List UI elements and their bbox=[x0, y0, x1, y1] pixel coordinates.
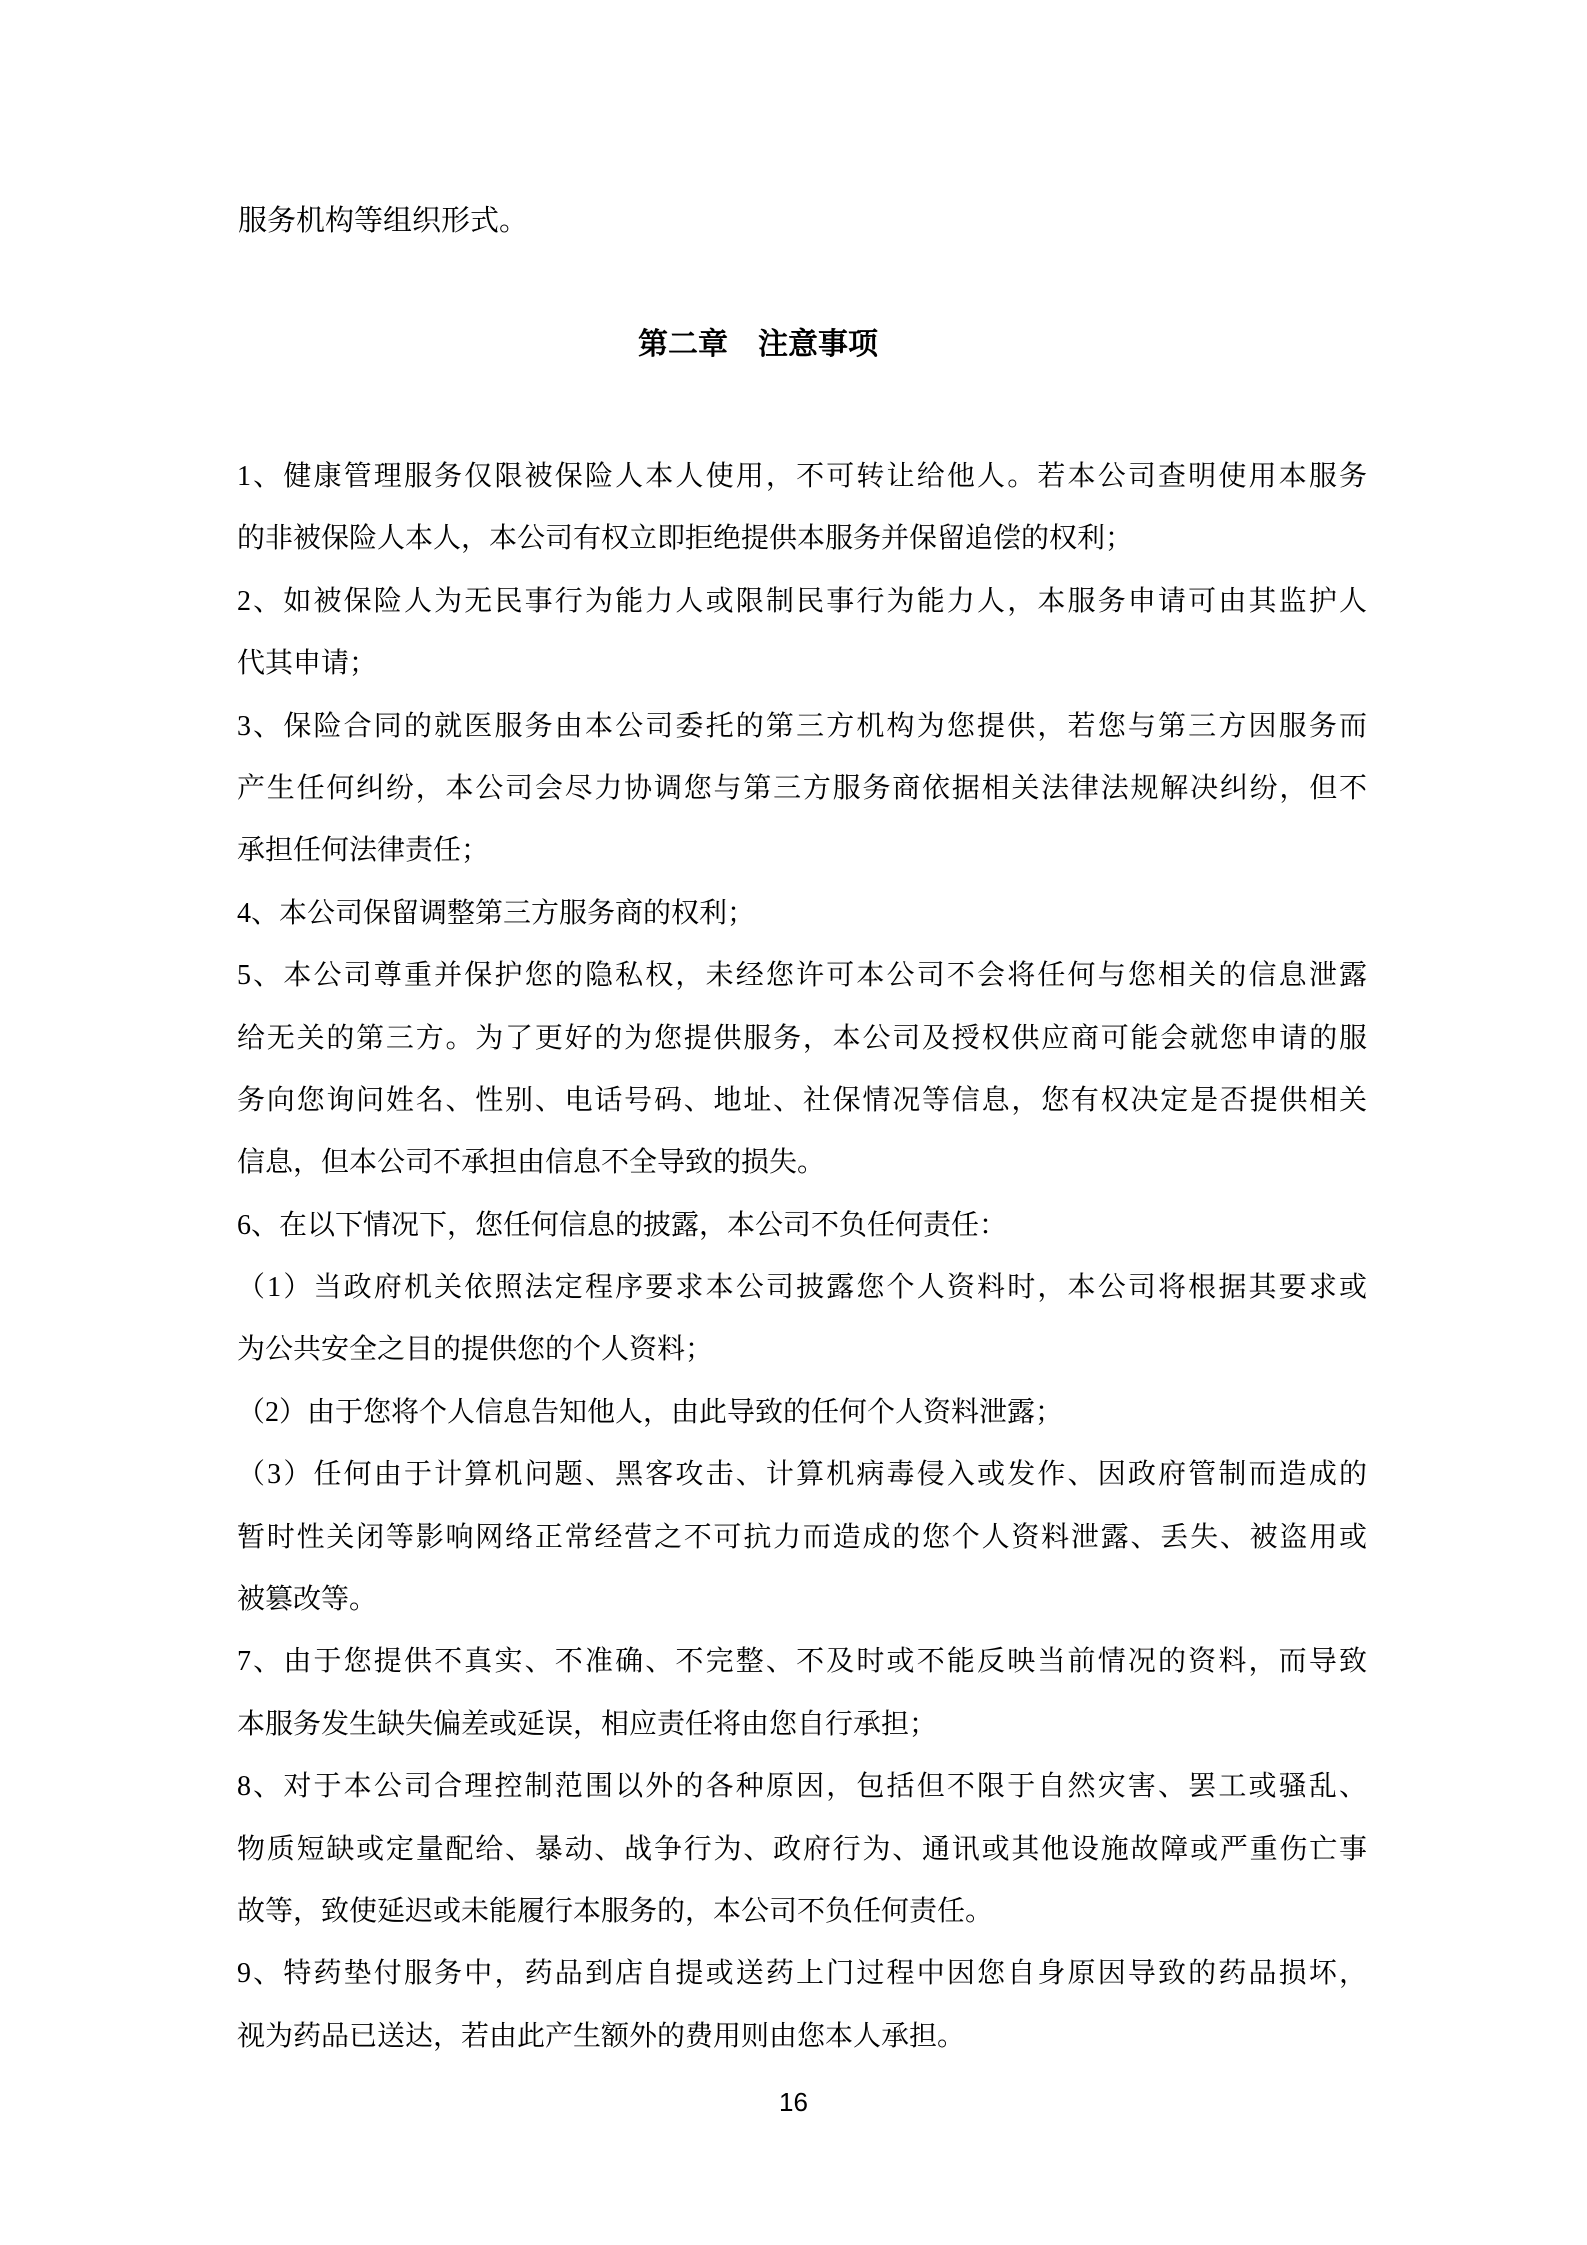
page-number: 16 bbox=[0, 2082, 1587, 2122]
body-line: 故等，致使延迟或未能履行本服务的，本公司不负任何责任。 bbox=[237, 1881, 1367, 1943]
body-line: 4、本公司保留调整第三方服务商的权利； bbox=[237, 883, 1367, 945]
body-line: 本服务发生缺失偏差或延误，相应责任将由您自行承担； bbox=[237, 1694, 1367, 1756]
body-line: 暂时性关闭等影响网络正常经营之不可抗力而造成的您个人资料泄露、丢失、被盗用或 bbox=[237, 1507, 1367, 1569]
body-line: 给无关的第三方。为了更好的为您提供服务，本公司及授权供应商可能会就您申请的服 bbox=[237, 1008, 1367, 1070]
body-line: 8、对于本公司合理控制范围以外的各种原因，包括但不限于自然灾害、罢工或骚乱、 bbox=[237, 1756, 1367, 1818]
body-line: 6、在以下情况下，您任何信息的披露，本公司不负任何责任： bbox=[237, 1195, 1367, 1257]
body-line: （3）任何由于计算机问题、黑客攻击、计算机病毒侵入或发作、因政府管制而造成的 bbox=[237, 1444, 1367, 1506]
body-line: 1、健康管理服务仅限被保险人本人使用，不可转让给他人。若本公司查明使用本服务 bbox=[237, 446, 1367, 508]
chapter-heading: 第二章 注意事项 bbox=[638, 322, 878, 368]
body-line: 代其申请； bbox=[237, 633, 1367, 695]
body-line: 的非被保险人本人，本公司有权立即拒绝提供本服务并保留追偿的权利； bbox=[237, 508, 1367, 570]
body-line: 物质短缺或定量配给、暴动、战争行为、政府行为、通讯或其他设施故障或严重伤亡事 bbox=[237, 1819, 1367, 1881]
body-line: 7、由于您提供不真实、不准确、不完整、不及时或不能反映当前情况的资料，而导致 bbox=[237, 1631, 1367, 1693]
body-line: 2、如被保险人为无民事行为能力人或限制民事行为能力人，本服务申请可由其监护人 bbox=[237, 571, 1367, 633]
body-line: 视为药品已送达，若由此产生额外的费用则由您本人承担。 bbox=[237, 2006, 1367, 2068]
intro-paragraph-line: 服务机构等组织形式。 bbox=[238, 198, 528, 244]
document-page: 服务机构等组织形式。 第二章 注意事项 1、健康管理服务仅限被保险人本人使用，不… bbox=[0, 0, 1587, 2245]
body-line: 承担任何法律责任； bbox=[237, 820, 1367, 882]
body-line: 被篡改等。 bbox=[237, 1569, 1367, 1631]
body-line: 5、本公司尊重并保护您的隐私权，未经您许可本公司不会将任何与您相关的信息泄露 bbox=[237, 945, 1367, 1007]
body-line: 3、保险合同的就医服务由本公司委托的第三方机构为您提供，若您与第三方因服务而 bbox=[237, 696, 1367, 758]
body-line: 为公共安全之目的提供您的个人资料； bbox=[237, 1319, 1367, 1381]
body-line: 信息，但本公司不承担由信息不全导致的损失。 bbox=[237, 1132, 1367, 1194]
body-line: 9、特药垫付服务中，药品到店自提或送药上门过程中因您自身原因导致的药品损坏， bbox=[237, 1943, 1367, 2005]
body-line: 产生任何纠纷，本公司会尽力协调您与第三方服务商依据相关法律法规解决纠纷，但不 bbox=[237, 758, 1367, 820]
body-lines: 1、健康管理服务仅限被保险人本人使用，不可转让给他人。若本公司查明使用本服务的非… bbox=[237, 446, 1367, 2068]
body-line: （2）由于您将个人信息告知他人，由此导致的任何个人资料泄露； bbox=[237, 1382, 1367, 1444]
body-line: 务向您询问姓名、性别、电话号码、地址、社保情况等信息，您有权决定是否提供相关 bbox=[237, 1070, 1367, 1132]
body-line: （1）当政府机关依照法定程序要求本公司披露您个人资料时，本公司将根据其要求或 bbox=[237, 1257, 1367, 1319]
